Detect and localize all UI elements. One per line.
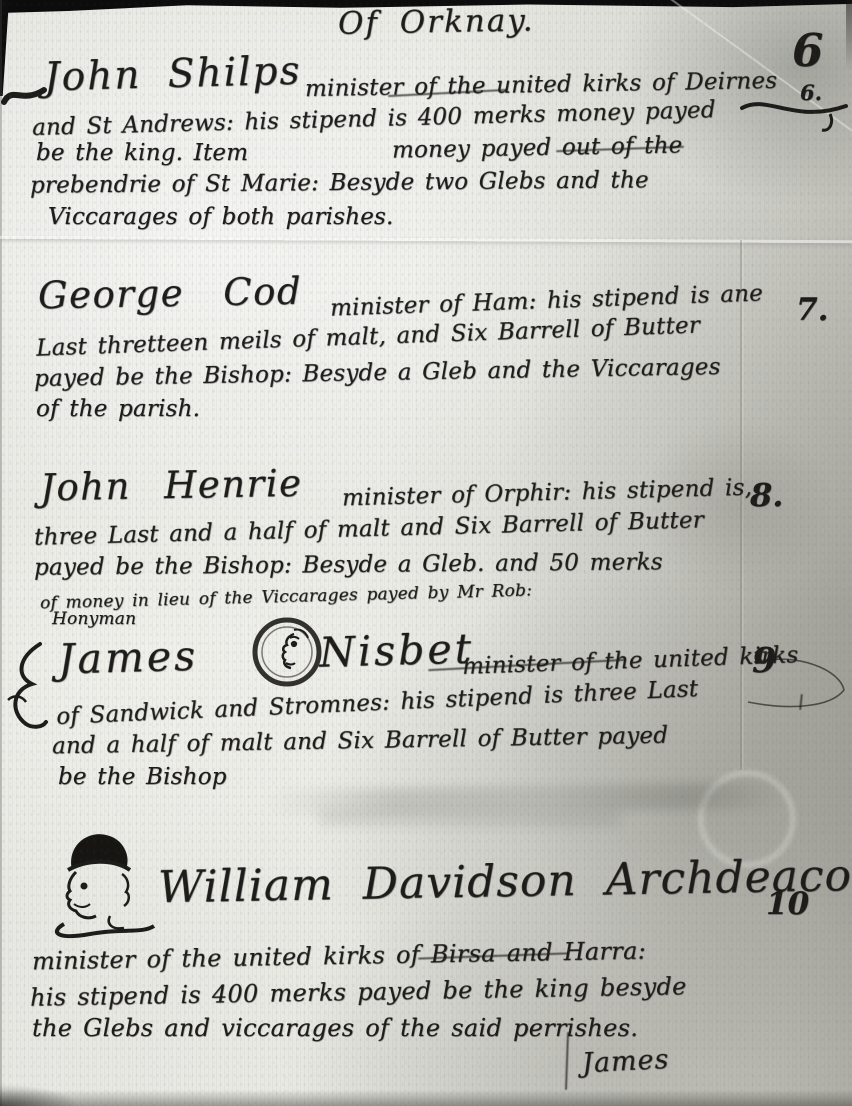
entry-text-line: be the Bishop	[58, 764, 227, 790]
margin-number: 7.	[796, 292, 828, 328]
signature: James	[581, 1044, 670, 1080]
margin-number: 9	[752, 640, 776, 681]
minister-name: John Henrie	[40, 462, 303, 510]
minister-name: John Shilps	[43, 49, 302, 101]
margin-number: 6	[792, 24, 823, 77]
margin-number-small: 6.	[800, 80, 822, 105]
entry-text-line: of the parish.	[36, 396, 200, 422]
margin-number: 10	[766, 886, 809, 922]
minister-name: George Cod	[38, 270, 303, 318]
entry-text-line: Honyman	[52, 609, 136, 629]
entry-text-line: payed be the Bishop: Besyde a Gleb. and …	[34, 549, 663, 580]
manuscript-photo: Of Orknay. John Shilps minister of the u…	[0, 0, 852, 1106]
entry-text-line: Viccarages of both parishes.	[48, 204, 394, 230]
margin-number: 8.	[750, 476, 783, 514]
entry-text-line: be the king. Item	[36, 140, 248, 166]
entry-text-line: prebendrie of St Marie: Besyde two Glebs…	[30, 167, 649, 198]
page-title: Of Orknay.	[338, 2, 535, 41]
entry-text-line: the Glebs and viccarages of the said per…	[32, 1014, 638, 1042]
